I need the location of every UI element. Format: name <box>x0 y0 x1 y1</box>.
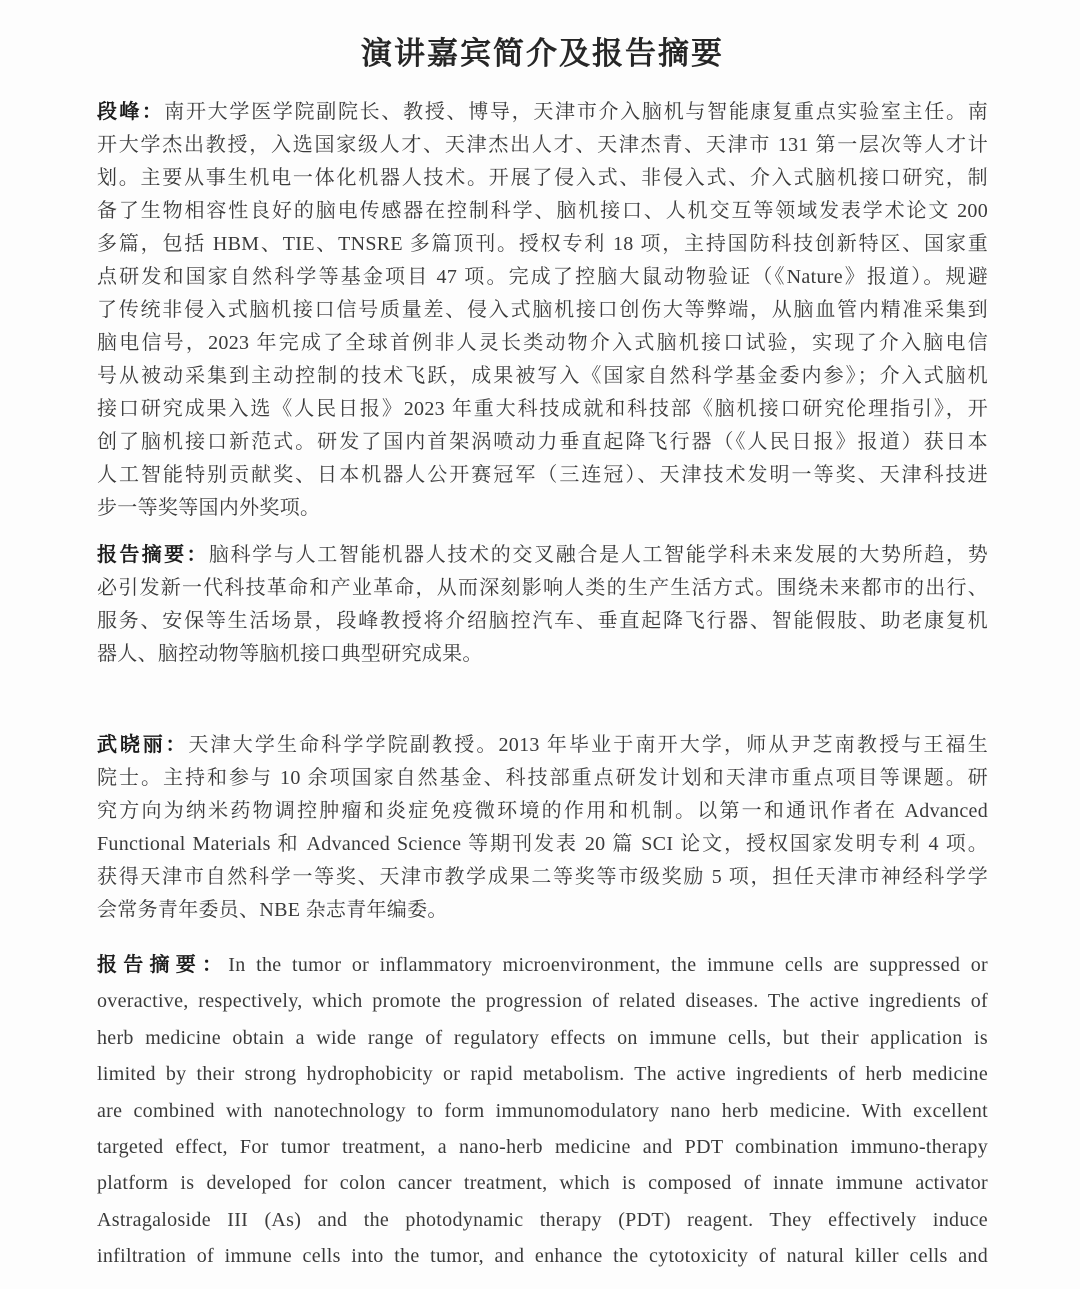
speaker2-bio-label: 武晓丽： <box>97 734 188 756</box>
paragraph-line: 多篇，包括 HBM、TIE、TNSRE 多篇顶刊。授权专利 18 项，主持国防科… <box>97 228 988 261</box>
paragraph-line: 获得天津市自然科学一等奖、天津市教学成果二等奖等市级奖励 5 项，担任天津市神经… <box>97 861 988 894</box>
paragraph-line: 点研发和国家自然科学等基金项目 47 项。完成了控脑大鼠动物验证（《Nature… <box>97 261 988 294</box>
document-page: 演讲嘉宾简介及报告摘要 段峰：南开大学医学院副院长、教授、博导，天津市介入脑机与… <box>0 0 1080 1289</box>
paragraph-text: 脑科学与人工智能机器人技术的交叉融合是人工智能学科未来发展的大势所趋，势 <box>209 544 988 566</box>
paragraph-speaker1-abstract: 报告摘要：脑科学与人工智能机器人技术的交叉融合是人工智能学科未来发展的大势所趋，… <box>97 539 988 671</box>
paragraph-line: 器人、脑控动物等脑机接口典型研究成果。 <box>97 638 988 671</box>
paragraph-text: 天津大学生命科学学院副教授。2013 年毕业于南开大学，师从尹芝南教授与王福生 <box>188 734 988 756</box>
paragraph-text: 南开大学医学院副院长、教授、博导，天津市介入脑机与智能康复重点实验室主任。南 <box>164 101 988 123</box>
paragraph-line: targeted effect, For tumor treatment, a … <box>97 1129 988 1165</box>
paragraph-line: 人工智能特别贡献奖、日本机器人公开赛冠军（三连冠）、天津技术发明一等奖、天津科技… <box>97 459 988 492</box>
paragraph-text: In the tumor or inflammatory microenviro… <box>228 954 988 976</box>
paragraph-speaker1-bio: 段峰：南开大学医学院副院长、教授、博导，天津市介入脑机与智能康复重点实验室主任。… <box>97 96 988 525</box>
paragraph-line: 会常务青年委员、NBE 杂志青年编委。 <box>97 894 988 927</box>
paragraph-line: 必引发新一代科技革命和产业革命，从而深刻影响人类的生产生活方式。围绕未来都市的出… <box>97 572 988 605</box>
paragraph-line: overactive, respectively, which promote … <box>97 983 988 1019</box>
paragraph-line: 武晓丽：天津大学生命科学学院副教授。2013 年毕业于南开大学，师从尹芝南教授与… <box>97 729 988 762</box>
paragraph-line: 服务、安保等生活场景，段峰教授将介绍脑控汽车、垂直起降飞行器、智能假肢、助老康复… <box>97 605 988 638</box>
paragraph-line: are combined with nanotechnology to form… <box>97 1093 988 1129</box>
paragraph-line: 步一等奖等国内外奖项。 <box>97 492 988 525</box>
paragraph-line: 了传统非侵入式脑机接口信号质量差、侵入式脑机接口创伤大等弊端，从脑血管内精准采集… <box>97 294 988 327</box>
speaker1-bio-label: 段峰： <box>97 101 164 123</box>
paragraph-line: 报告摘要：脑科学与人工智能机器人技术的交叉融合是人工智能学科未来发展的大势所趋，… <box>97 539 988 572</box>
paragraph-line: 报告摘要：In the tumor or inflammatory microe… <box>97 947 988 983</box>
paragraph-line: limited by their strong hydrophobicity o… <box>97 1056 988 1092</box>
paragraph-line: infiltration of immune cells into the tu… <box>97 1238 988 1274</box>
speaker1-abstract-label: 报告摘要： <box>97 544 209 566</box>
paragraph-line: 院士。主持和参与 10 余项国家自然基金、科技部重点研发计划和天津市重点项目等课… <box>97 762 988 795</box>
paragraph-line: 究方向为纳米药物调控肿瘤和炎症免疫微环境的作用和机制。以第一和通讯作者在 Adv… <box>97 795 988 828</box>
paragraph-line: Astragaloside III (As) and the photodyna… <box>97 1202 988 1238</box>
document-body: 段峰：南开大学医学院副院长、教授、博导，天津市介入脑机与智能康复重点实验室主任。… <box>97 96 988 1275</box>
paragraph-line: 脑电信号，2023 年完成了全球首例非人灵长类动物介入式脑机接口试验，实现了介入… <box>97 327 988 360</box>
document-title: 演讲嘉宾简介及报告摘要 <box>97 0 988 78</box>
paragraph-line: 号从被动采集到主动控制的技术飞跃，成果被写入《国家自然科学基金委内参》；介入式脑… <box>97 360 988 393</box>
paragraph-speaker2-abstract: 报告摘要：In the tumor or inflammatory microe… <box>97 947 988 1275</box>
paragraph-line: 创了脑机接口新范式。研发了国内首架涡喷动力垂直起降飞行器（《人民日报》报道）获日… <box>97 426 988 459</box>
paragraph-line: 开大学杰出教授，入选国家级人才、天津杰出人才、天津杰青、天津市 131 第一层次… <box>97 129 988 162</box>
paragraph-speaker2-bio: 武晓丽：天津大学生命科学学院副教授。2013 年毕业于南开大学，师从尹芝南教授与… <box>97 729 988 927</box>
paragraph-line: 划。主要从事生机电一体化机器人技术。开展了侵入式、非侵入式、介入式脑机接口研究，… <box>97 162 988 195</box>
paragraph-line: Functional Materials 和 Advanced Science … <box>97 828 988 861</box>
paragraph-line: 备了生物相容性良好的脑电传感器在控制科学、脑机接口、人机交互等领域发表学术论文 … <box>97 195 988 228</box>
paragraph-line: 段峰：南开大学医学院副院长、教授、博导，天津市介入脑机与智能康复重点实验室主任。… <box>97 96 988 129</box>
paragraph-line: platform is developed for colon cancer t… <box>97 1165 988 1201</box>
paragraph-line: herb medicine obtain a wide range of reg… <box>97 1020 988 1056</box>
speaker2-abstract-label: 报告摘要： <box>97 954 228 976</box>
paragraph-line: 接口研究成果入选《人民日报》2023 年重大科技成就和科技部《脑机接口研究伦理指… <box>97 393 988 426</box>
